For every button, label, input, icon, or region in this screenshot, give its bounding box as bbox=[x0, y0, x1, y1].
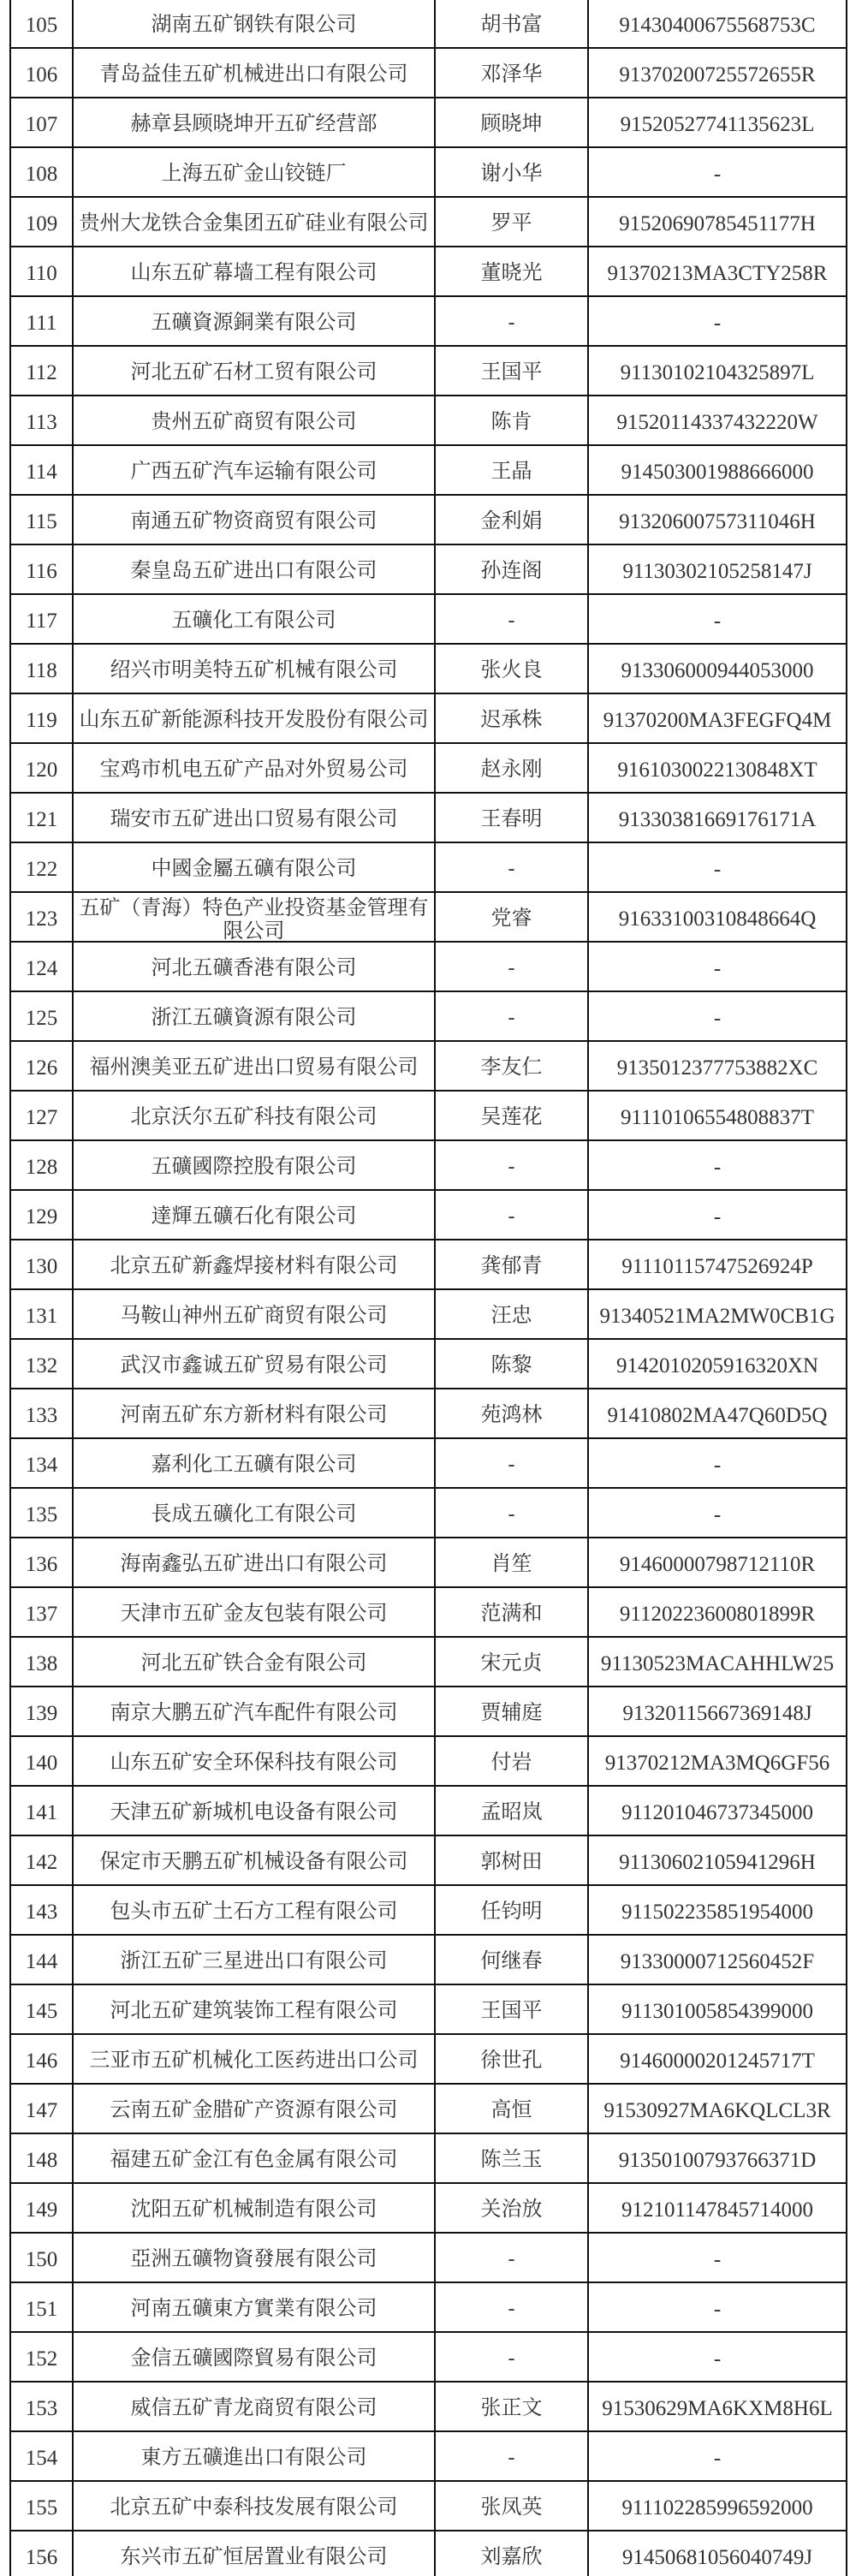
table-row: 111 五礦資源銅業有限公司 - - bbox=[11, 297, 847, 347]
company-name: 包头市五矿土石方工程有限公司 bbox=[74, 1886, 436, 1934]
credit-code: - bbox=[589, 2283, 847, 2331]
row-number: 150 bbox=[11, 2234, 74, 2282]
company-name: 瑞安市五矿进出口贸易有限公司 bbox=[74, 794, 436, 842]
table-row: 152 金信五礦國際貿易有限公司 - - bbox=[11, 2333, 847, 2383]
credit-code: 91350100793766371D bbox=[589, 2134, 847, 2182]
credit-code: - bbox=[589, 1191, 847, 1239]
legal-representative: 肖笙 bbox=[436, 1538, 589, 1586]
row-number: 143 bbox=[11, 1886, 74, 1934]
table-row: 146 三亚市五矿机械化工医药进出口公司 徐世孔 914600002012457… bbox=[11, 2035, 847, 2085]
legal-representative: 谢小华 bbox=[436, 148, 589, 196]
table-row: 122 中國金屬五礦有限公司 - - bbox=[11, 843, 847, 893]
table-row: 119 山东五矿新能源科技开发股份有限公司 迟承株 91370200MA3FEG… bbox=[11, 694, 847, 744]
legal-representative: 孟昭岚 bbox=[436, 1787, 589, 1835]
legal-representative: 罗平 bbox=[436, 198, 589, 246]
row-number: 121 bbox=[11, 794, 74, 842]
table-row: 140 山东五矿安全环保科技有限公司 付岩 91370212MA3MQ6GF56 bbox=[11, 1737, 847, 1787]
company-name: 马鞍山神州五矿商贸有限公司 bbox=[74, 1290, 436, 1338]
credit-code: 91633100310848664Q bbox=[589, 893, 847, 941]
table-row: 124 河北五礦香港有限公司 - - bbox=[11, 943, 847, 992]
row-number: 156 bbox=[11, 2531, 74, 2576]
legal-representative: - bbox=[436, 1191, 589, 1239]
legal-representative: 宋元贞 bbox=[436, 1638, 589, 1686]
table-row: 155 北京五矿中泰科技发展有限公司 张凤英 91110228599659200… bbox=[11, 2482, 847, 2531]
table-row: 110 山东五矿幕墙工程有限公司 董晓光 91370213MA3CTY258R bbox=[11, 247, 847, 297]
table-row: 139 南京大鹏五矿汽车配件有限公司 贾辅庭 91320115667369148… bbox=[11, 1687, 847, 1737]
company-name: 亞洲五礦物資發展有限公司 bbox=[74, 2234, 436, 2282]
table-row: 117 五礦化工有限公司 - - bbox=[11, 595, 847, 645]
table-row: 151 河南五礦東方實業有限公司 - - bbox=[11, 2283, 847, 2333]
row-number: 105 bbox=[11, 0, 74, 47]
credit-code: 91110115747526924P bbox=[589, 1240, 847, 1288]
row-number: 138 bbox=[11, 1638, 74, 1686]
legal-representative: - bbox=[436, 843, 589, 891]
row-number: 125 bbox=[11, 992, 74, 1040]
credit-code: - bbox=[589, 2234, 847, 2282]
credit-code: 91340521MA2MW0CB1G bbox=[589, 1290, 847, 1338]
row-number: 146 bbox=[11, 2035, 74, 2083]
legal-representative: 贾辅庭 bbox=[436, 1687, 589, 1735]
row-number: 141 bbox=[11, 1787, 74, 1835]
table-row: 145 河北五矿建筑装饰工程有限公司 王国平 91130100585439900… bbox=[11, 1985, 847, 2035]
credit-code: 91330000712560452F bbox=[589, 1936, 847, 1984]
legal-representative: 张凤英 bbox=[436, 2482, 589, 2530]
credit-code: 91130602105941296H bbox=[589, 1836, 847, 1884]
legal-representative: 王晶 bbox=[436, 446, 589, 494]
row-number: 145 bbox=[11, 1985, 74, 2033]
legal-representative: 金利娟 bbox=[436, 496, 589, 544]
legal-representative: 高恒 bbox=[436, 2085, 589, 2133]
legal-representative: 迟承株 bbox=[436, 694, 589, 742]
company-name: 南京大鹏五矿汽车配件有限公司 bbox=[74, 1687, 436, 1735]
legal-representative: 王春明 bbox=[436, 794, 589, 842]
table-row: 135 長成五礦化工有限公司 - - bbox=[11, 1489, 847, 1538]
table-row: 109 贵州大龙铁合金集团五矿硅业有限公司 罗平 915206907854511… bbox=[11, 198, 847, 247]
table-row: 121 瑞安市五矿进出口贸易有限公司 王春明 91330381669176171… bbox=[11, 794, 847, 843]
company-name: 河北五矿铁合金有限公司 bbox=[74, 1638, 436, 1686]
row-number: 128 bbox=[11, 1141, 74, 1189]
row-number: 122 bbox=[11, 843, 74, 891]
credit-code: 91520527741135623L bbox=[589, 98, 847, 146]
row-number: 115 bbox=[11, 496, 74, 544]
legal-representative: 胡书富 bbox=[436, 0, 589, 47]
row-number: 119 bbox=[11, 694, 74, 742]
company-name: 南通五矿物资商贸有限公司 bbox=[74, 496, 436, 544]
table-row: 149 沈阳五矿机械制造有限公司 关治放 912101147845714000 bbox=[11, 2184, 847, 2234]
row-number: 123 bbox=[11, 893, 74, 941]
credit-code: 91130102104325897L bbox=[589, 347, 847, 395]
legal-representative: - bbox=[436, 2234, 589, 2282]
legal-representative: - bbox=[436, 992, 589, 1040]
company-name: 保定市天鹏五矿机械设备有限公司 bbox=[74, 1836, 436, 1884]
table-row: 120 宝鸡市机电五矿产品对外贸易公司 赵永刚 9161030022130848… bbox=[11, 744, 847, 794]
table-row: 153 威信五矿青龙商贸有限公司 张正文 91530629MA6KXM8H6L bbox=[11, 2383, 847, 2432]
company-name: 河南五矿东方新材料有限公司 bbox=[74, 1389, 436, 1437]
legal-representative: 董晓光 bbox=[436, 247, 589, 295]
table-row: 131 马鞍山神州五矿商贸有限公司 汪忠 91340521MA2MW0CB1G bbox=[11, 1290, 847, 1340]
table-row: 134 嘉利化工五礦有限公司 - - bbox=[11, 1439, 847, 1489]
row-number: 151 bbox=[11, 2283, 74, 2331]
credit-code: 9135012377753882XC bbox=[589, 1042, 847, 1090]
legal-representative: 郭树田 bbox=[436, 1836, 589, 1884]
legal-representative: 邓泽华 bbox=[436, 49, 589, 97]
credit-code: 911502235851954000 bbox=[589, 1886, 847, 1934]
company-name: 五礦資源銅業有限公司 bbox=[74, 297, 436, 345]
row-number: 137 bbox=[11, 1588, 74, 1636]
legal-representative: 顾晓坤 bbox=[436, 98, 589, 146]
legal-representative: 何继春 bbox=[436, 1936, 589, 1984]
company-name: 威信五矿青龙商贸有限公司 bbox=[74, 2383, 436, 2430]
company-name: 五礦國際控股有限公司 bbox=[74, 1141, 436, 1189]
credit-code: - bbox=[589, 595, 847, 643]
table-row: 113 贵州五矿商贸有限公司 陈肯 91520114337432220W bbox=[11, 396, 847, 446]
legal-representative: 刘嘉欣 bbox=[436, 2531, 589, 2576]
row-number: 110 bbox=[11, 247, 74, 295]
row-number: 135 bbox=[11, 1489, 74, 1537]
company-name: 武汉市鑫诚五矿贸易有限公司 bbox=[74, 1340, 436, 1388]
table-row: 132 武汉市鑫诚五矿贸易有限公司 陈黎 9142010205916320XN bbox=[11, 1340, 847, 1389]
table-row: 156 东兴市五矿恒居置业有限公司 刘嘉欣 91450681056040749J bbox=[11, 2531, 847, 2576]
table-row: 115 南通五矿物资商贸有限公司 金利娟 91320600757311046H bbox=[11, 496, 847, 545]
company-name: 天津市五矿金友包装有限公司 bbox=[74, 1588, 436, 1636]
company-name: 贵州五矿商贸有限公司 bbox=[74, 396, 436, 444]
company-name: 云南五矿金腊矿产资源有限公司 bbox=[74, 2085, 436, 2133]
credit-code: 9161030022130848XT bbox=[589, 744, 847, 792]
table-row: 141 天津五矿新城机电设备有限公司 孟昭岚 91120104673734500… bbox=[11, 1787, 847, 1836]
company-name: 山东五矿新能源科技开发股份有限公司 bbox=[74, 694, 436, 742]
company-name: 達輝五礦石化有限公司 bbox=[74, 1191, 436, 1239]
row-number: 117 bbox=[11, 595, 74, 643]
legal-representative: 龚郁青 bbox=[436, 1240, 589, 1288]
company-name: 山东五矿幕墙工程有限公司 bbox=[74, 247, 436, 295]
row-number: 134 bbox=[11, 1439, 74, 1487]
row-number: 114 bbox=[11, 446, 74, 494]
legal-representative: 吴莲花 bbox=[436, 1092, 589, 1139]
legal-representative: 付岩 bbox=[436, 1737, 589, 1785]
credit-code: 91530927MA6KQLCL3R bbox=[589, 2085, 847, 2133]
table-row: 144 浙江五矿三星进出口有限公司 何继春 91330000712560452F bbox=[11, 1936, 847, 1985]
row-number: 140 bbox=[11, 1737, 74, 1785]
row-number: 136 bbox=[11, 1538, 74, 1586]
company-name: 山东五矿安全环保科技有限公司 bbox=[74, 1737, 436, 1785]
row-number: 107 bbox=[11, 98, 74, 146]
credit-code: 91320115667369148J bbox=[589, 1687, 847, 1735]
table-row: 136 海南鑫弘五矿进出口有限公司 肖笙 91460000798712110R bbox=[11, 1538, 847, 1588]
credit-code: 91410802MA47Q60D5Q bbox=[589, 1389, 847, 1437]
row-number: 126 bbox=[11, 1042, 74, 1090]
credit-code: 91520690785451177H bbox=[589, 198, 847, 246]
credit-code: - bbox=[589, 943, 847, 991]
credit-code: 91370200MA3FEGFQ4M bbox=[589, 694, 847, 742]
credit-code: 91130302105258147J bbox=[589, 545, 847, 593]
company-name: 嘉利化工五礦有限公司 bbox=[74, 1439, 436, 1487]
company-name: 五矿（青海）特色产业投资基金管理有限公司 bbox=[74, 893, 436, 941]
company-name: 北京五矿新鑫焊接材料有限公司 bbox=[74, 1240, 436, 1288]
company-name: 浙江五矿三星进出口有限公司 bbox=[74, 1936, 436, 1984]
credit-code: 91120223600801899R bbox=[589, 1588, 847, 1636]
row-number: 152 bbox=[11, 2333, 74, 2381]
table-row: 116 秦皇岛五矿进出口有限公司 孙连阁 91130302105258147J bbox=[11, 545, 847, 595]
row-number: 148 bbox=[11, 2134, 74, 2182]
company-name: 河北五矿建筑装饰工程有限公司 bbox=[74, 1985, 436, 2033]
company-name: 東方五礦進出口有限公司 bbox=[74, 2432, 436, 2480]
company-name: 贵州大龙铁合金集团五矿硅业有限公司 bbox=[74, 198, 436, 246]
legal-representative: 陈肯 bbox=[436, 396, 589, 444]
legal-representative: - bbox=[436, 943, 589, 991]
credit-code: 91110106554808837T bbox=[589, 1092, 847, 1139]
legal-representative: 王国平 bbox=[436, 347, 589, 395]
legal-representative: 徐世孔 bbox=[436, 2035, 589, 2083]
row-number: 153 bbox=[11, 2383, 74, 2430]
row-number: 116 bbox=[11, 545, 74, 593]
credit-code: 91460000798712110R bbox=[589, 1538, 847, 1586]
credit-code: 911301005854399000 bbox=[589, 1985, 847, 2033]
credit-code: 91330381669176171A bbox=[589, 794, 847, 842]
legal-representative: 张火良 bbox=[436, 645, 589, 693]
row-number: 147 bbox=[11, 2085, 74, 2133]
table-row: 107 赫章县顾晓坤开五矿经营部 顾晓坤 91520527741135623L bbox=[11, 98, 847, 148]
table-row: 125 浙江五礦資源有限公司 - - bbox=[11, 992, 847, 1042]
credit-code: 91130523MACAHHLW25 bbox=[589, 1638, 847, 1686]
company-name: 湖南五矿钢铁有限公司 bbox=[74, 0, 436, 47]
legal-representative: 张正文 bbox=[436, 2383, 589, 2430]
legal-representative: 陈兰玉 bbox=[436, 2134, 589, 2182]
company-name: 浙江五礦資源有限公司 bbox=[74, 992, 436, 1040]
row-number: 118 bbox=[11, 645, 74, 693]
company-name: 北京沃尔五矿科技有限公司 bbox=[74, 1092, 436, 1139]
company-name: 河北五矿石材工贸有限公司 bbox=[74, 347, 436, 395]
company-name: 青岛益佳五矿机械进出口有限公司 bbox=[74, 49, 436, 97]
company-name: 五礦化工有限公司 bbox=[74, 595, 436, 643]
company-name: 北京五矿中泰科技发展有限公司 bbox=[74, 2482, 436, 2530]
legal-representative: 李友仁 bbox=[436, 1042, 589, 1090]
credit-code: 9142010205916320XN bbox=[589, 1340, 847, 1388]
legal-representative: 党睿 bbox=[436, 893, 589, 941]
table-row: 127 北京沃尔五矿科技有限公司 吴莲花 91110106554808837T bbox=[11, 1092, 847, 1141]
row-number: 130 bbox=[11, 1240, 74, 1288]
company-name: 东兴市五矿恒居置业有限公司 bbox=[74, 2531, 436, 2576]
credit-code: 91370212MA3MQ6GF56 bbox=[589, 1737, 847, 1785]
table-row: 133 河南五矿东方新材料有限公司 苑鸿林 91410802MA47Q60D5Q bbox=[11, 1389, 847, 1439]
row-number: 111 bbox=[11, 297, 74, 345]
table-row: 130 北京五矿新鑫焊接材料有限公司 龚郁青 91110115747526924… bbox=[11, 1240, 847, 1290]
credit-code: 911102285996592000 bbox=[589, 2482, 847, 2530]
company-name: 绍兴市明美特五矿机械有限公司 bbox=[74, 645, 436, 693]
legal-representative: - bbox=[436, 2283, 589, 2331]
credit-code: 91520114337432220W bbox=[589, 396, 847, 444]
table-row: 123 五矿（青海）特色产业投资基金管理有限公司 党睿 916331003108… bbox=[11, 893, 847, 943]
row-number: 133 bbox=[11, 1389, 74, 1437]
row-number: 132 bbox=[11, 1340, 74, 1388]
table-row: 118 绍兴市明美特五矿机械有限公司 张火良 91330600094405300… bbox=[11, 645, 847, 694]
row-number: 120 bbox=[11, 744, 74, 792]
row-number: 127 bbox=[11, 1092, 74, 1139]
legal-representative: 孙连阁 bbox=[436, 545, 589, 593]
legal-representative: 任钧明 bbox=[436, 1886, 589, 1934]
legal-representative: 赵永刚 bbox=[436, 744, 589, 792]
table-row: 137 天津市五矿金友包装有限公司 范满和 91120223600801899R bbox=[11, 1588, 847, 1638]
row-number: 131 bbox=[11, 1290, 74, 1338]
legal-representative: 苑鸿林 bbox=[436, 1389, 589, 1437]
legal-representative: - bbox=[436, 1489, 589, 1537]
legal-representative: 陈黎 bbox=[436, 1340, 589, 1388]
legal-representative: 汪忠 bbox=[436, 1290, 589, 1338]
legal-representative: - bbox=[436, 2432, 589, 2480]
company-name: 广西五矿汽车运输有限公司 bbox=[74, 446, 436, 494]
credit-code: - bbox=[589, 2432, 847, 2480]
legal-representative: - bbox=[436, 1439, 589, 1487]
row-number: 109 bbox=[11, 198, 74, 246]
row-number: 149 bbox=[11, 2184, 74, 2232]
credit-code: - bbox=[589, 843, 847, 891]
company-name: 金信五礦國際貿易有限公司 bbox=[74, 2333, 436, 2381]
credit-code: 91450681056040749J bbox=[589, 2531, 847, 2576]
row-number: 108 bbox=[11, 148, 74, 196]
company-name: 福州澳美亚五矿进出口贸易有限公司 bbox=[74, 1042, 436, 1090]
table-row: 150 亞洲五礦物資發展有限公司 - - bbox=[11, 2234, 847, 2283]
credit-code: - bbox=[589, 148, 847, 196]
company-name: 河北五礦香港有限公司 bbox=[74, 943, 436, 991]
credit-code: - bbox=[589, 297, 847, 345]
table-row: 154 東方五礦進出口有限公司 - - bbox=[11, 2432, 847, 2482]
company-name: 三亚市五矿机械化工医药进出口公司 bbox=[74, 2035, 436, 2083]
company-name: 福建五矿金江有色金属有限公司 bbox=[74, 2134, 436, 2182]
credit-code: 91460000201245717T bbox=[589, 2035, 847, 2083]
credit-code: 914503001988666000 bbox=[589, 446, 847, 494]
table-row: 128 五礦國際控股有限公司 - - bbox=[11, 1141, 847, 1191]
row-number: 144 bbox=[11, 1936, 74, 1984]
legal-representative: 王国平 bbox=[436, 1985, 589, 2033]
legal-representative: 范满和 bbox=[436, 1588, 589, 1636]
table-row: 138 河北五矿铁合金有限公司 宋元贞 91130523MACAHHLW25 bbox=[11, 1638, 847, 1687]
legal-representative: - bbox=[436, 2333, 589, 2381]
credit-code: - bbox=[589, 1439, 847, 1487]
company-name: 上海五矿金山铰链厂 bbox=[74, 148, 436, 196]
credit-code: - bbox=[589, 1141, 847, 1189]
table-row: 143 包头市五矿土石方工程有限公司 任钧明 91150223585195400… bbox=[11, 1886, 847, 1936]
row-number: 154 bbox=[11, 2432, 74, 2480]
legal-representative: - bbox=[436, 595, 589, 643]
row-number: 124 bbox=[11, 943, 74, 991]
table-row: 112 河北五矿石材工贸有限公司 王国平 91130102104325897L bbox=[11, 347, 847, 396]
credit-code: 91370200725572655R bbox=[589, 49, 847, 97]
company-name: 海南鑫弘五矿进出口有限公司 bbox=[74, 1538, 436, 1586]
table-row: 148 福建五矿金江有色金属有限公司 陈兰玉 91350100793766371… bbox=[11, 2134, 847, 2184]
credit-code: 91430400675568753C bbox=[589, 0, 847, 47]
company-name: 天津五矿新城机电设备有限公司 bbox=[74, 1787, 436, 1835]
table-row: 126 福州澳美亚五矿进出口贸易有限公司 李友仁 913501237775388… bbox=[11, 1042, 847, 1092]
company-name: 中國金屬五礦有限公司 bbox=[74, 843, 436, 891]
company-table: 105 湖南五矿钢铁有限公司 胡书富 91430400675568753C 10… bbox=[9, 0, 847, 2576]
credit-code: 91370213MA3CTY258R bbox=[589, 247, 847, 295]
row-number: 129 bbox=[11, 1191, 74, 1239]
credit-code: - bbox=[589, 1489, 847, 1537]
legal-representative: 关治放 bbox=[436, 2184, 589, 2232]
table-row: 147 云南五矿金腊矿产资源有限公司 高恒 91530927MA6KQLCL3R bbox=[11, 2085, 847, 2134]
row-number: 139 bbox=[11, 1687, 74, 1735]
table-row: 129 達輝五礦石化有限公司 - - bbox=[11, 1191, 847, 1240]
company-name: 赫章县顾晓坤开五矿经营部 bbox=[74, 98, 436, 146]
table-row: 142 保定市天鹏五矿机械设备有限公司 郭树田 9113060210594129… bbox=[11, 1836, 847, 1886]
credit-code: - bbox=[589, 992, 847, 1040]
company-name: 長成五礦化工有限公司 bbox=[74, 1489, 436, 1537]
table-row: 114 广西五矿汽车运输有限公司 王晶 914503001988666000 bbox=[11, 446, 847, 496]
company-name: 宝鸡市机电五矿产品对外贸易公司 bbox=[74, 744, 436, 792]
legal-representative: - bbox=[436, 297, 589, 345]
row-number: 155 bbox=[11, 2482, 74, 2530]
credit-code: 913306000944053000 bbox=[589, 645, 847, 693]
credit-code: 912101147845714000 bbox=[589, 2184, 847, 2232]
credit-code: - bbox=[589, 2333, 847, 2381]
credit-code: 91530629MA6KXM8H6L bbox=[589, 2383, 847, 2430]
company-name: 河南五礦東方實業有限公司 bbox=[74, 2283, 436, 2331]
company-name: 沈阳五矿机械制造有限公司 bbox=[74, 2184, 436, 2232]
row-number: 106 bbox=[11, 49, 74, 97]
table-row: 105 湖南五矿钢铁有限公司 胡书富 91430400675568753C bbox=[11, 0, 847, 49]
company-name: 秦皇岛五矿进出口有限公司 bbox=[74, 545, 436, 593]
table-row: 108 上海五矿金山铰链厂 谢小华 - bbox=[11, 148, 847, 198]
table-row: 106 青岛益佳五矿机械进出口有限公司 邓泽华 9137020072557265… bbox=[11, 49, 847, 98]
credit-code: 91320600757311046H bbox=[589, 496, 847, 544]
row-number: 112 bbox=[11, 347, 74, 395]
row-number: 113 bbox=[11, 396, 74, 444]
row-number: 142 bbox=[11, 1836, 74, 1884]
credit-code: 911201046737345000 bbox=[589, 1787, 847, 1835]
legal-representative: - bbox=[436, 1141, 589, 1189]
